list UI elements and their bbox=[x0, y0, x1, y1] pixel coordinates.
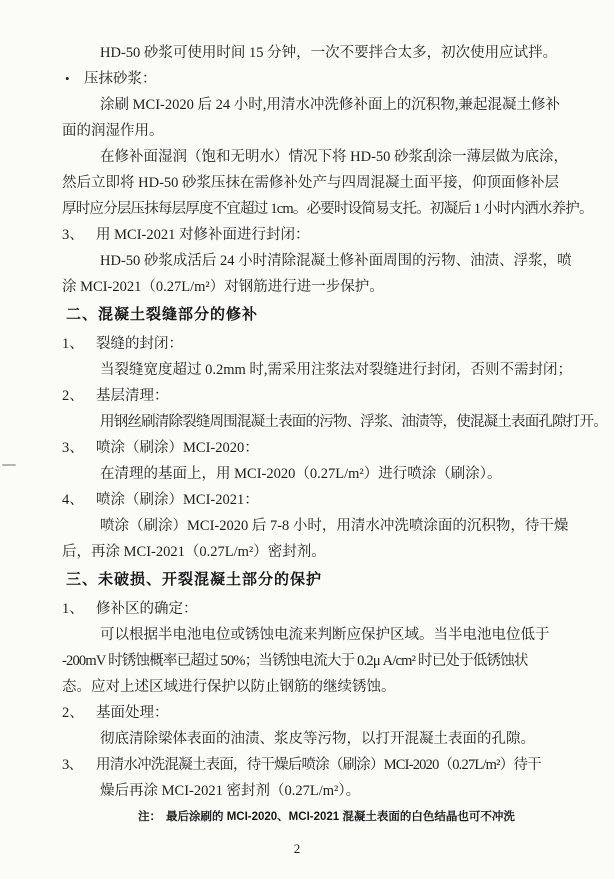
line-text: 用清水冲洗混凝土表面，待干燥后喷涂（刷涂）MCI-2020（0.27L/m²）待… bbox=[96, 757, 541, 773]
line-text: 面的润湿作用。 bbox=[62, 123, 164, 139]
doc-line: HD-50 砂浆可使用时间 15 分钟，一次不要拌合太多，初次使用应试拌。 bbox=[62, 40, 558, 66]
doc-line-numbered: 3、用清水冲洗混凝土表面，待干燥后喷涂（刷涂）MCI-2020（0.27L/m²… bbox=[62, 752, 558, 778]
doc-line: 在修补面湿润（饱和无明水）情况下将 HD-50 砂浆刮涂一薄层做为底涂， bbox=[62, 144, 558, 170]
document-content: HD-50 砂浆可使用时间 15 分钟，一次不要拌合太多，初次使用应试拌。 •压… bbox=[0, 0, 614, 862]
section-heading: 三、未破损、开裂混凝土部分的保护 bbox=[62, 567, 558, 593]
doc-line-numbered: 1、修补区的确定： bbox=[62, 596, 558, 622]
doc-line-bullet: •压抹砂浆： bbox=[62, 66, 558, 92]
doc-line-numbered: 4、喷涂（刷涂）MCI-2021： bbox=[62, 487, 558, 513]
doc-line: 在清理的基面上，用 MCI-2020（0.27L/m²）进行喷涂（刷涂）。 bbox=[62, 461, 558, 487]
doc-line: 喷涂（刷涂）MCI-2020 后 7-8 小时，用清水冲洗喷涂面的沉积物，待干燥 bbox=[62, 513, 558, 539]
line-text: 当裂缝宽度超过 0.2mm 时,需采用注浆法对裂缝进行封闭，否则不需封闭； bbox=[100, 362, 572, 378]
line-text: HD-50 砂浆可使用时间 15 分钟，一次不要拌合太多，初次使用应试拌。 bbox=[100, 45, 557, 61]
doc-line: 用钢丝刷清除裂缝周围混凝土表面的污物、浮浆、油渍等，使混凝土表面孔隙打开。 bbox=[62, 409, 558, 435]
list-marker: 3、 bbox=[62, 752, 96, 778]
line-text: 涂 MCI-2021（0.27L/m²）对钢筋进行进一步保护。 bbox=[62, 279, 384, 295]
list-marker: 1、 bbox=[62, 331, 96, 357]
doc-line: 涂刷 MCI-2020 后 24 小时,用清水冲洗修补面上的沉积物,兼起混凝土修… bbox=[62, 92, 558, 118]
doc-line: 面的润湿作用。 bbox=[62, 118, 558, 144]
doc-line: 态。应对上述区域进行保护以防止钢筋的继续锈蚀。 bbox=[62, 674, 558, 700]
list-marker: 4、 bbox=[62, 487, 96, 513]
line-text: 喷涂（刷涂）MCI-2021： bbox=[96, 492, 259, 508]
line-text: 裂缝的封闭： bbox=[96, 336, 183, 352]
line-text: 基面处理： bbox=[96, 705, 169, 721]
doc-line: 燥后再涂 MCI-2021 密封剂（0.27L/m²）。 bbox=[62, 778, 558, 804]
doc-line-numbered: 2、基层清理： bbox=[62, 383, 558, 409]
heading-text: 三、未破损、开裂混凝土部分的保护 bbox=[66, 571, 322, 588]
section-heading: 二、混凝土裂缝部分的修补 bbox=[62, 302, 558, 328]
list-marker: 2、 bbox=[62, 700, 96, 726]
doc-line-numbered: 2、基面处理： bbox=[62, 700, 558, 726]
doc-line-numbered: 3、用 MCI-2021 对修补面进行封闭： bbox=[62, 222, 558, 248]
line-text: 修补区的确定： bbox=[96, 601, 198, 617]
note-marker: 注： bbox=[138, 811, 161, 823]
bullet-icon: • bbox=[65, 66, 84, 92]
heading-text: 二、混凝土裂缝部分的修补 bbox=[66, 306, 258, 323]
page-number: 2 bbox=[49, 836, 545, 862]
doc-line: 厚时应分层压抹每层厚度不宜超过 1cm。必要时设简易支托。初凝后 1 小时内洒水… bbox=[62, 196, 558, 222]
line-text: 喷涂（刷涂）MCI-2020 后 7-8 小时，用清水冲洗喷涂面的沉积物，待干燥 bbox=[100, 518, 568, 534]
doc-line-numbered: 3、喷涂（刷涂）MCI-2020： bbox=[62, 435, 558, 461]
doc-line: 后，再涂 MCI-2021（0.27L/m²）密封剂。 bbox=[62, 539, 558, 565]
line-text: HD-50 砂浆成活后 24 小时清除混凝土修补面周围的污物、油渍、浮浆，喷 bbox=[100, 253, 572, 269]
list-marker: 2、 bbox=[62, 383, 96, 409]
note-line: 注：最后涂刷的 MCI-2020、MCI-2021 混凝土表面的白色结晶也可不冲… bbox=[62, 804, 558, 830]
doc-line: 涂 MCI-2021（0.27L/m²）对钢筋进行进一步保护。 bbox=[62, 274, 558, 300]
line-text: 喷涂（刷涂）MCI-2020： bbox=[96, 440, 259, 456]
list-marker: 3、 bbox=[62, 222, 96, 248]
line-text: 在修补面湿润（饱和无明水）情况下将 HD-50 砂浆刮涂一薄层做为底涂， bbox=[100, 149, 568, 165]
doc-line: 当裂缝宽度超过 0.2mm 时,需采用注浆法对裂缝进行封闭，否则不需封闭； bbox=[62, 357, 558, 383]
line-text: 然后立即将 HD-50 砂浆压抹在需修补处产与四周混凝土面平接，仰顶面修补层 bbox=[62, 175, 559, 191]
scanned-document-page: HD-50 砂浆可使用时间 15 分钟，一次不要拌合太多，初次使用应试拌。 •压… bbox=[0, 0, 614, 879]
doc-line: 然后立即将 HD-50 砂浆压抹在需修补处产与四周混凝土面平接，仰顶面修补层 bbox=[62, 170, 558, 196]
scan-artifact bbox=[2, 464, 16, 466]
line-text: 燥后再涂 MCI-2021 密封剂（0.27L/m²）。 bbox=[100, 783, 360, 799]
doc-line: HD-50 砂浆成活后 24 小时清除混凝土修补面周围的污物、油渍、浮浆，喷 bbox=[62, 248, 558, 274]
line-text: 可以根据半电池电位或锈蚀电流来判断应保护区域。当半电池电位低于 bbox=[100, 627, 550, 643]
line-text: 用钢丝刷清除裂缝周围混凝土表面的污物、浮浆、油渍等，使混凝土表面孔隙打开。 bbox=[100, 414, 607, 430]
doc-line: -200mV 时锈蚀概率已超过 50%；当锈蚀电流大于 0.2μ A/cm² 时… bbox=[62, 648, 558, 674]
line-text: 在清理的基面上，用 MCI-2020（0.27L/m²）进行喷涂（刷涂）。 bbox=[100, 466, 501, 482]
line-text: 彻底清除梁体表面的油渍、浆皮等污物，以打开混凝土表面的孔隙。 bbox=[100, 731, 535, 747]
doc-line: 可以根据半电池电位或锈蚀电流来判断应保护区域。当半电池电位低于 bbox=[62, 622, 558, 648]
list-marker: 3、 bbox=[62, 435, 96, 461]
line-text: 后，再涂 MCI-2021（0.27L/m²）密封剂。 bbox=[62, 544, 326, 560]
doc-line: 彻底清除梁体表面的油渍、浆皮等污物，以打开混凝土表面的孔隙。 bbox=[62, 726, 558, 752]
note-text: 最后涂刷的 MCI-2020、MCI-2021 混凝土表面的白色结晶也可不冲洗 bbox=[166, 811, 515, 823]
line-text: -200mV 时锈蚀概率已超过 50%；当锈蚀电流大于 0.2μ A/cm² 时… bbox=[62, 653, 528, 669]
line-text: 涂刷 MCI-2020 后 24 小时,用清水冲洗修补面上的沉积物,兼起混凝土修… bbox=[100, 97, 560, 113]
line-text: 态。应对上述区域进行保护以防止钢筋的继续锈蚀。 bbox=[62, 679, 396, 695]
line-text: 用 MCI-2021 对修补面进行封闭： bbox=[96, 227, 309, 243]
list-marker: 1、 bbox=[62, 596, 96, 622]
line-text: 基层清理： bbox=[96, 388, 169, 404]
doc-line-numbered: 1、裂缝的封闭： bbox=[62, 331, 558, 357]
line-text: 压抹砂浆： bbox=[84, 71, 157, 87]
line-text: 厚时应分层压抹每层厚度不宜超过 1cm。必要时设简易支托。初凝后 1 小时内洒水… bbox=[62, 201, 593, 217]
